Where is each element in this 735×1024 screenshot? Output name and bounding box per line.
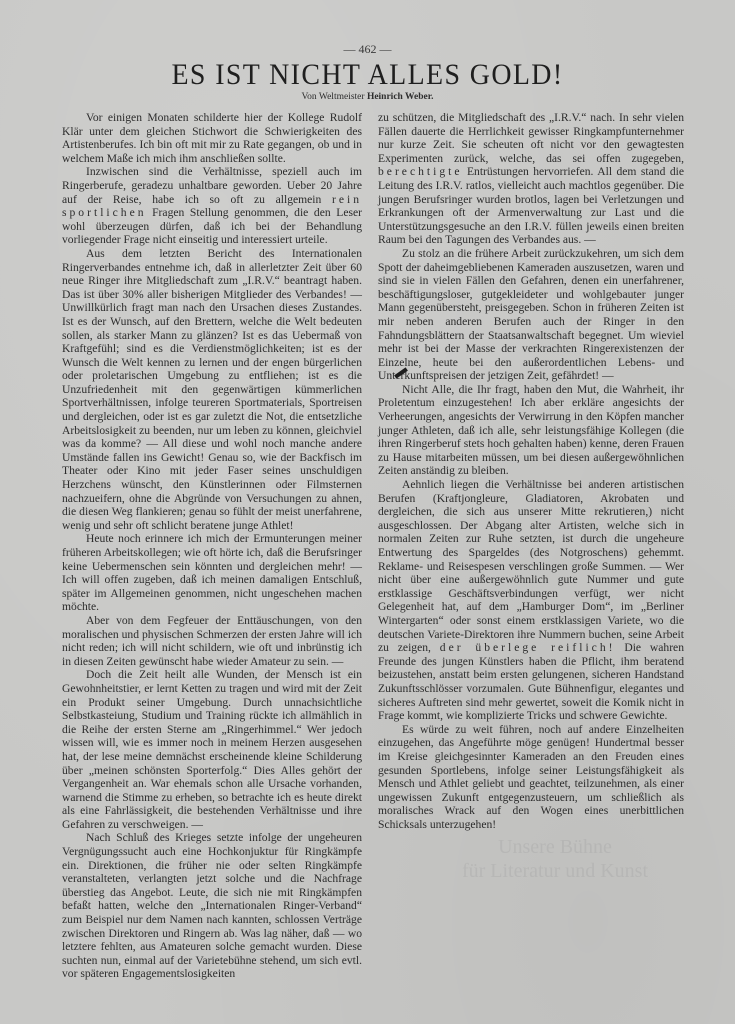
paragraph: Nicht Alle, die Ihr fragt, haben den Mut… xyxy=(378,383,684,478)
bleed-through-line: für Literatur und Kunst xyxy=(430,859,680,883)
bleed-through-line: Unsere Bühne xyxy=(430,835,680,859)
paragraph: zu schützen, die Mitgliedschaft des „I.R… xyxy=(378,111,684,247)
article-right-column: zu schützen, die Mitgliedschaft des „I.R… xyxy=(378,111,684,831)
paragraph: Heute noch erinnere ich mich der Ermunte… xyxy=(62,532,362,614)
paragraph: Doch die Zeit heilt alle Wunden, der Men… xyxy=(62,668,362,831)
article-left-column: Vor einigen Monaten schilderte hier der … xyxy=(62,111,362,981)
paragraph: Zu stolz an die frühere Arbeit zurückzuk… xyxy=(378,247,684,383)
paragraph-text: zu schützen, die Mitgliedschaft des „I.R… xyxy=(378,111,684,165)
emphasis-text: berechtigte xyxy=(378,165,463,178)
bleed-through-text: Unsere Bühne für Literatur und Kunst xyxy=(430,835,680,883)
paragraph-text: Inzwischen sind die Verhältnisse, spezie… xyxy=(62,165,362,205)
paragraph-text: Aehnlich liegen die Verhältnisse bei and… xyxy=(378,478,684,654)
paragraph: Aber von dem Fegfeuer der Enttäuschungen… xyxy=(62,614,362,668)
paragraph: Aus dem letzten Bericht des Internationa… xyxy=(62,247,362,532)
article-title: ES IST NICHT ALLES GOLD! xyxy=(26,58,710,92)
byline-author: Heinrich Weber. xyxy=(367,92,434,102)
emphasis-text: der überlege reiflich! xyxy=(440,641,616,654)
byline: Von Weltmeister Heinrich Weber. xyxy=(0,92,735,102)
paragraph: Aehnlich liegen die Verhältnisse bei and… xyxy=(378,478,684,723)
page-number: — 462 — xyxy=(0,42,735,57)
paragraph: Es würde zu weit führen, noch auf andere… xyxy=(378,723,684,832)
paragraph: Nach Schluß des Krieges setzte infolge d… xyxy=(62,831,362,981)
paragraph: Vor einigen Monaten schilderte hier der … xyxy=(62,111,362,165)
paragraph: Inzwischen sind die Verhältnisse, spezie… xyxy=(62,165,362,247)
byline-prefix: Von Weltmeister xyxy=(302,92,365,102)
